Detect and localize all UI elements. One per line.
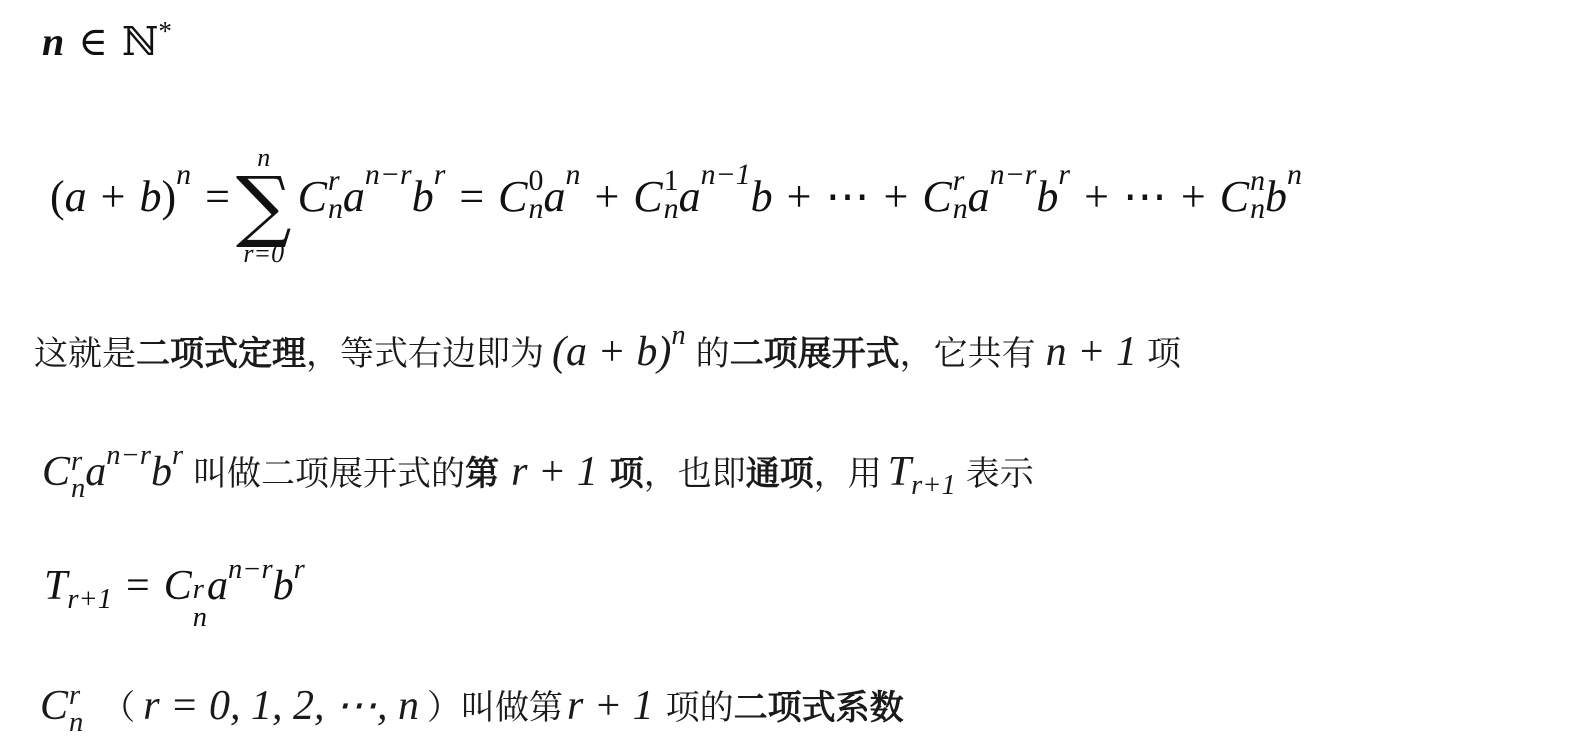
exponent-n-minus-r: n−r (106, 440, 151, 471)
sub-n: n (529, 195, 544, 223)
math-r-range: r = 0, 1, 2, ⋯, n (143, 680, 419, 730)
sub-n: n (953, 195, 968, 223)
plus: + (1084, 171, 1109, 222)
sup-0: 0 (529, 167, 544, 195)
binomial-theorem-formula: ( a + b ) n = n ∑ r=0 C rn a n−r b r = C… (50, 126, 1302, 266)
binomial-coefficient-description: Crn （ r = 0, 1, 2, ⋯, n ） 叫做第 r + 1 项的 二… (40, 680, 904, 736)
plus: + (884, 171, 909, 222)
general-term-formula: Tr+1 = Crnan−rbr (44, 562, 305, 631)
index-stack: 0n (529, 167, 544, 224)
var-b: b (412, 171, 434, 222)
general-term-description: Crnan−rbr 叫做二项展开式的 第 r + 1 项 ，也即 通项 ，用 T… (42, 446, 1034, 502)
subscript-r-plus-1: r+1 (67, 586, 112, 615)
var-C: C (40, 683, 68, 729)
math-a-plus-b: (a + b)n (552, 328, 686, 376)
equals: = (126, 562, 150, 610)
var-C: C (298, 171, 327, 222)
sup-r: r (953, 167, 968, 195)
exponent-n: n (565, 160, 580, 190)
bold-term-binomial-coefficient: 二项式系数 (734, 680, 904, 729)
bold-term: 项 (610, 446, 644, 495)
var-a: a (679, 171, 701, 222)
index-stack: nn (1250, 167, 1265, 224)
exponent-r: r (434, 160, 446, 190)
var-a: a (65, 171, 87, 222)
plus: + (1181, 171, 1206, 222)
exponent-r: r (172, 440, 183, 471)
plus: + (787, 171, 812, 222)
math-T-r-plus-1: Tr+1 (888, 448, 956, 496)
sup-r: r (328, 167, 343, 195)
math-r-plus-1: r + 1 (511, 448, 598, 496)
exponent-n-minus-1: n−1 (701, 160, 751, 190)
math-r-plus-1: r + 1 (567, 682, 654, 730)
var-C: C (42, 449, 70, 495)
var-a: a (543, 171, 565, 222)
sub-n: n (69, 709, 83, 736)
sub-n: n (328, 195, 343, 223)
math-general-term: Crnan−rbr (42, 448, 183, 502)
text: 项 (1147, 326, 1181, 375)
sub-n: n (193, 604, 207, 631)
index-stack: 1n (664, 167, 679, 224)
sup-r: r (193, 576, 207, 603)
summation: n ∑ r=0 (236, 145, 292, 267)
sigma-symbol: ∑ (236, 171, 292, 241)
var-a: a (968, 171, 990, 222)
equals: = (205, 171, 230, 222)
sub-n: n (664, 195, 679, 223)
var-T: T (44, 562, 67, 610)
cdots: ⋯ (1123, 171, 1167, 222)
text: 这就是 (34, 326, 136, 375)
paren-open: ( (50, 171, 65, 222)
bold-general-term: 通项 (746, 446, 814, 495)
var-C: C (1220, 171, 1249, 222)
text: 表示 (966, 446, 1034, 495)
text: 的 (696, 326, 730, 375)
text: 叫做二项展开式的 (193, 446, 465, 495)
sub-n: n (71, 475, 85, 502)
bold-term-binomial-expansion: 二项展开式 (730, 326, 900, 375)
var-b: b (1036, 171, 1058, 222)
sup-r: r (69, 682, 83, 709)
var-C: C (633, 171, 662, 222)
paren-close: ) (161, 171, 176, 222)
sum-lower-limit: r=0 (243, 241, 284, 267)
text: 项的 (666, 680, 734, 729)
subscript-r-plus-1: r+1 (911, 470, 956, 501)
var-a: a (207, 562, 228, 610)
exponent-n: n (176, 160, 191, 190)
theorem-description: 这就是 二项式定理 ，等式右边即为 (a + b)n 的 二项展开式 ，它共有 … (34, 326, 1181, 376)
sub-n: n (1250, 195, 1265, 223)
index-stack: rn (193, 576, 207, 630)
equals: = (459, 171, 484, 222)
bold-ordinal: 第 (465, 446, 499, 495)
math-n-plus-1: n + 1 (1046, 328, 1137, 376)
sup-n: n (1250, 167, 1265, 195)
expr: (a + b) (552, 329, 671, 375)
var-b: b (1265, 171, 1287, 222)
element-of-symbol: ∈ (78, 18, 108, 65)
text: ，等式右边即为 (306, 326, 544, 375)
index-stack: rn (328, 167, 343, 224)
var-C: C (164, 562, 192, 610)
index-stack: rn (69, 682, 83, 736)
text: ，也即 (644, 446, 746, 495)
paren-close: ） (427, 680, 461, 729)
exponent-r: r (294, 556, 305, 585)
text: ，它共有 (900, 326, 1036, 375)
exponent-n-minus-r: n−r (365, 160, 412, 190)
var-b: b (273, 562, 294, 610)
natural-number-condition: n ∈ ℕ * (42, 18, 172, 65)
natural-numbers-symbol: ℕ (122, 18, 159, 65)
var-b: b (151, 449, 172, 495)
var-T: T (888, 449, 911, 495)
bold-term-binomial-theorem: 二项式定理 (136, 326, 306, 375)
exponent-r: r (1058, 160, 1070, 190)
var-C: C (922, 171, 951, 222)
index-stack: rn (953, 167, 968, 224)
exponent-n-minus-r: n−r (990, 160, 1037, 190)
var-b: b (751, 171, 773, 222)
math-C-n-r: Crn (40, 682, 83, 736)
sup-r: r (71, 448, 85, 475)
exponent-n: n (671, 320, 685, 351)
plus: + (101, 171, 126, 222)
var-b: b (139, 171, 161, 222)
sup-1: 1 (664, 167, 679, 195)
cdots: ⋯ (826, 171, 870, 222)
text: 叫做第 (461, 680, 563, 729)
plus: + (594, 171, 619, 222)
var-C: C (498, 171, 527, 222)
text: ，用 (814, 446, 882, 495)
exponent-n: n (1287, 160, 1302, 190)
var-a: a (85, 449, 106, 495)
exponent-n-minus-r: n−r (228, 556, 273, 585)
index-stack: rn (71, 448, 85, 502)
var-n: n (42, 18, 64, 65)
star-superscript: * (158, 18, 172, 45)
var-a: a (343, 171, 365, 222)
paren-open: （ (101, 680, 135, 729)
